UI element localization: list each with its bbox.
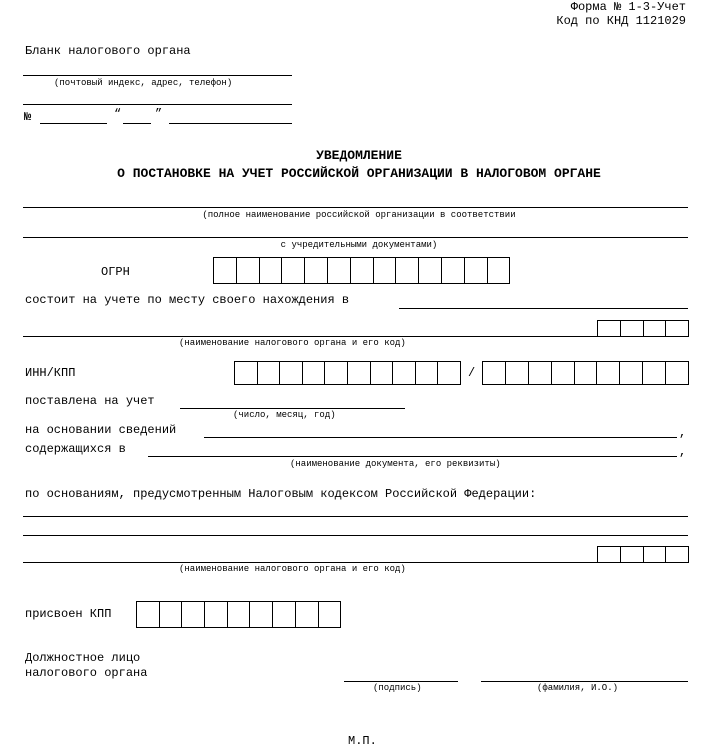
official-label-1: Должностное лицо xyxy=(25,651,140,665)
registered-at-caption: (наименование налогового органа и его ко… xyxy=(179,338,406,349)
char-cell[interactable] xyxy=(598,546,621,563)
char-cell[interactable] xyxy=(666,361,689,385)
char-cell[interactable] xyxy=(160,601,183,628)
tax-office-code-input-2[interactable] xyxy=(597,546,689,563)
basis-label-1: на основании сведений xyxy=(25,423,176,437)
kpp-input[interactable] xyxy=(482,361,689,385)
char-cell[interactable] xyxy=(228,601,251,628)
char-cell[interactable] xyxy=(235,361,258,385)
char-cell[interactable] xyxy=(351,257,374,284)
tax-code-grounds-field-2[interactable] xyxy=(23,535,688,536)
char-cell[interactable] xyxy=(273,601,296,628)
official-name-field[interactable] xyxy=(481,681,688,682)
char-cell[interactable] xyxy=(260,257,283,284)
char-cell[interactable] xyxy=(597,361,620,385)
tax-code-grounds-field-1[interactable] xyxy=(23,516,688,517)
ogrn-label: ОГРН xyxy=(101,265,130,279)
organization-caption-2: с учредительными документами) xyxy=(0,240,718,251)
char-cell[interactable] xyxy=(643,361,666,385)
char-cell[interactable] xyxy=(303,361,326,385)
char-cell[interactable] xyxy=(182,601,205,628)
char-cell[interactable] xyxy=(442,257,465,284)
char-cell[interactable] xyxy=(280,361,303,385)
organization-name-field-2[interactable] xyxy=(23,237,688,238)
tax-code-grounds-label: по основаниям, предусмотренным Налоговым… xyxy=(25,487,536,501)
official-name-caption: (фамилия, И.О.) xyxy=(537,683,618,694)
basis-field-1[interactable] xyxy=(204,437,677,438)
char-cell[interactable] xyxy=(419,257,442,284)
document-subtitle: О ПОСТАНОВКЕ НА УЧЕТ РОССИЙСКОЙ ОРГАНИЗА… xyxy=(0,166,718,182)
registered-at-field-2[interactable] xyxy=(23,336,688,337)
char-cell[interactable] xyxy=(374,257,397,284)
char-cell[interactable] xyxy=(620,361,643,385)
basis-label-2: содержащихся в xyxy=(25,442,126,456)
registered-at-label: состоит на учете по месту своего нахожде… xyxy=(25,293,349,307)
char-cell[interactable] xyxy=(328,257,351,284)
basis-comma-2: , xyxy=(679,445,686,459)
form-number: Форма № 1-3-Учет xyxy=(571,0,686,14)
char-cell[interactable] xyxy=(348,361,371,385)
document-number-field[interactable] xyxy=(40,123,107,124)
char-cell[interactable] xyxy=(250,601,273,628)
char-cell[interactable] xyxy=(438,361,461,385)
knd-code: Код по КНД 1121029 xyxy=(556,14,686,28)
address-caption: (почтовый индекс, адрес, телефон) xyxy=(54,78,232,89)
close-quote: ” xyxy=(155,107,162,121)
char-cell[interactable] xyxy=(644,546,667,563)
char-cell[interactable] xyxy=(205,601,228,628)
char-cell[interactable] xyxy=(488,257,511,284)
char-cell[interactable] xyxy=(396,257,419,284)
open-quote: “ xyxy=(114,107,121,121)
stamp-label: М.П. xyxy=(348,734,377,748)
signature-caption: (подпись) xyxy=(373,683,422,694)
char-cell[interactable] xyxy=(465,257,488,284)
char-cell[interactable] xyxy=(598,320,621,337)
number-sign: № xyxy=(24,110,31,124)
inn-kpp-separator: / xyxy=(468,366,475,380)
char-cell[interactable] xyxy=(529,361,552,385)
char-cell[interactable] xyxy=(325,361,348,385)
char-cell[interactable] xyxy=(552,361,575,385)
address-field-2[interactable] xyxy=(23,104,292,105)
address-field[interactable] xyxy=(23,75,292,76)
char-cell[interactable] xyxy=(575,361,598,385)
basis-caption: (наименование документа, его реквизиты) xyxy=(290,459,501,470)
char-cell[interactable] xyxy=(666,320,689,337)
char-cell[interactable] xyxy=(393,361,416,385)
char-cell[interactable] xyxy=(305,257,328,284)
char-cell[interactable] xyxy=(666,546,689,563)
char-cell[interactable] xyxy=(237,257,260,284)
registration-date-field[interactable] xyxy=(180,408,405,409)
char-cell[interactable] xyxy=(296,601,319,628)
organization-caption-1: (полное наименование российской организа… xyxy=(0,210,718,221)
char-cell[interactable] xyxy=(282,257,305,284)
char-cell[interactable] xyxy=(621,546,644,563)
char-cell[interactable] xyxy=(416,361,439,385)
tax-office-code-input[interactable] xyxy=(597,320,689,337)
official-label-2: налогового органа xyxy=(25,666,147,680)
char-cell[interactable] xyxy=(483,361,506,385)
registered-at-field[interactable] xyxy=(399,308,688,309)
assigned-kpp-input[interactable] xyxy=(136,601,341,628)
tax-code-grounds-caption: (наименование налогового органа и его ко… xyxy=(179,564,406,575)
document-date-field[interactable] xyxy=(169,123,292,124)
char-cell[interactable] xyxy=(258,361,281,385)
ogrn-input[interactable] xyxy=(213,257,510,284)
registration-date-label: поставлена на учет xyxy=(25,394,155,408)
registration-date-caption: (число, месяц, год) xyxy=(233,410,336,421)
inn-input[interactable] xyxy=(234,361,461,385)
char-cell[interactable] xyxy=(137,601,160,628)
tax-code-grounds-field-3[interactable] xyxy=(23,562,688,563)
char-cell[interactable] xyxy=(644,320,667,337)
char-cell[interactable] xyxy=(621,320,644,337)
inn-kpp-label: ИНН/КПП xyxy=(25,366,75,380)
signature-field[interactable] xyxy=(344,681,458,682)
issuer-label: Бланк налогового органа xyxy=(25,44,191,58)
document-day-field[interactable] xyxy=(123,123,151,124)
char-cell[interactable] xyxy=(319,601,342,628)
basis-field-2[interactable] xyxy=(148,456,677,457)
char-cell[interactable] xyxy=(506,361,529,385)
basis-comma-1: , xyxy=(679,426,686,440)
char-cell[interactable] xyxy=(214,257,237,284)
char-cell[interactable] xyxy=(371,361,394,385)
organization-name-field[interactable] xyxy=(23,207,688,208)
document-title: УВЕДОМЛЕНИЕ xyxy=(0,148,718,164)
assigned-kpp-label: присвоен КПП xyxy=(25,607,111,621)
